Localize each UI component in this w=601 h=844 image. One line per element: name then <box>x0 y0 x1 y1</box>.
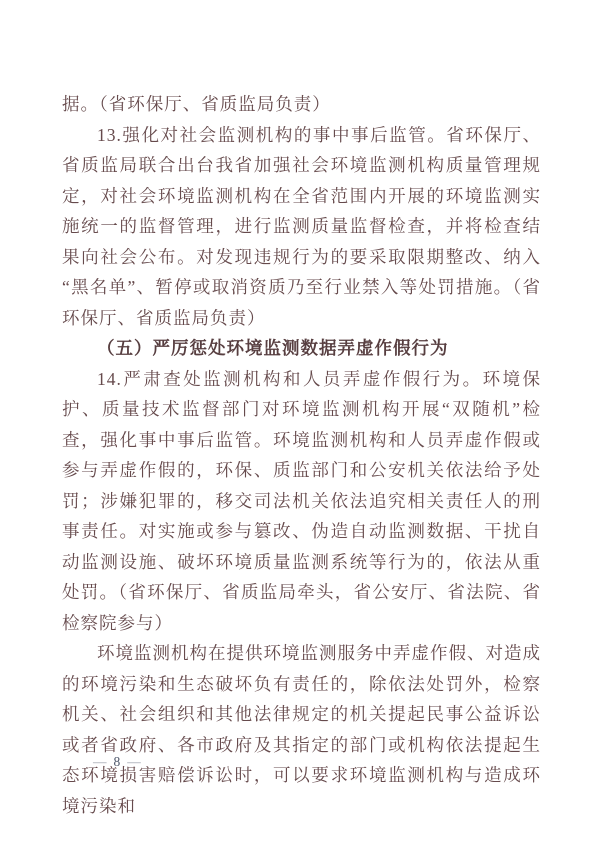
document-body: 据。（省环保厅、省质监局负责） 13.强化对社会监测机构的事中事后监管。省环保厅… <box>62 89 541 821</box>
paragraph-continuation: 据。（省环保厅、省质监局负责） <box>62 89 541 120</box>
paragraph-item-14: 14.严肃查处监测机构和人员弄虚作假行为。环境保护、质量技术监督部门对环境监测机… <box>62 364 541 639</box>
document-page: 据。（省环保厅、省质监局负责） 13.强化对社会监测机构的事中事后监管。省环保厅… <box>0 0 601 844</box>
footer-right-dash: — <box>120 754 148 769</box>
page-number-footer: —8— <box>86 754 148 770</box>
footer-left-dash: — <box>86 754 114 769</box>
paragraph-item-13: 13.强化对社会监测机构的事中事后监管。省环保厅、省质监局联合出台我省加强社会环… <box>62 120 541 334</box>
section-heading-5: （五）严厉惩处环境监测数据弄虚作假行为 <box>62 333 541 364</box>
paragraph-liability-clause: 环境监测机构在提供环境监测服务中弄虚作假、对造成的环境污染和生态破坏负有责任的，… <box>62 638 541 821</box>
